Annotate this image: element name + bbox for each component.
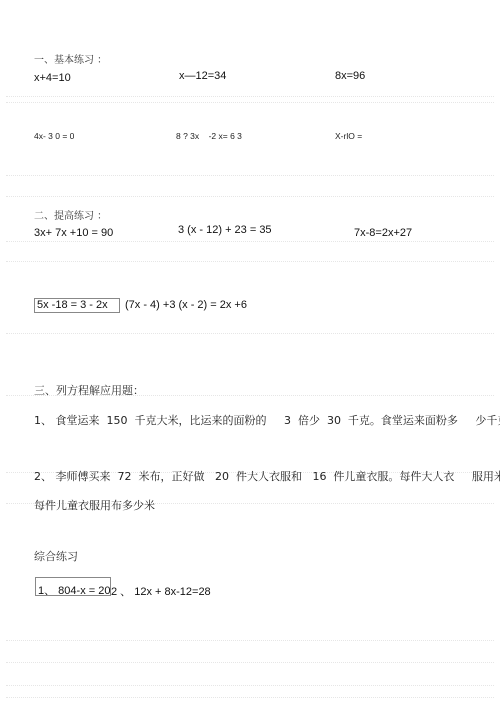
scan-line (6, 196, 494, 197)
equation: 3 (x - 12) + 23 = 35 (178, 224, 272, 236)
boxed-equation: 1、 804-x = 20 (35, 577, 111, 596)
section-heading-advanced-practice: 二、提高练习 ： (34, 207, 107, 222)
word-problem-2-line-1: 2、 李师傅买来 72 米布，正好做 20 件大人衣服和 16 件儿童衣服。每件… (34, 468, 500, 484)
section-heading-word-problems: 三、列方程解应用题： (34, 382, 144, 398)
equation: 8x=96 (335, 70, 365, 82)
word-problem-1: 1、 食堂运来 150 千克大米，比运来的面粉的 3 倍少 30 千克。食堂运来… (34, 412, 500, 428)
section-heading-comprehensive-practice: 综合练习 (34, 548, 78, 564)
scan-line (6, 697, 494, 698)
scan-line (6, 685, 494, 686)
equation: x—12=34 (179, 70, 226, 82)
word-problem-2-line-2: 每件儿童衣服用布多少米 (34, 497, 155, 513)
scan-line (6, 662, 494, 663)
section-heading-basic-practice: 一、基本练习 ： (34, 51, 107, 66)
equation: x+4=10 (34, 72, 71, 84)
equation: 8 ? 3x -2 x= 6 3 (176, 131, 242, 141)
equation: 7x-8=2x+27 (354, 227, 412, 239)
equation: 3x+ 7x +10 = 90 (34, 227, 113, 239)
scan-line (6, 333, 494, 334)
boxed-equation: 5x -18 = 3 - 2x (34, 298, 120, 313)
equation: (7x - 4) +3 (x - 2) = 2x +6 (125, 299, 247, 311)
scan-line (6, 640, 494, 641)
scan-line (6, 96, 494, 97)
equation: 4x- 3 0 = 0 (34, 131, 74, 141)
scan-line (6, 175, 494, 176)
equation: 2 、 12x + 8x-12=28 (111, 583, 211, 599)
scan-line (6, 261, 494, 262)
equation: X-rlO = (335, 131, 362, 141)
scan-line (6, 102, 494, 103)
scan-line (6, 241, 494, 242)
